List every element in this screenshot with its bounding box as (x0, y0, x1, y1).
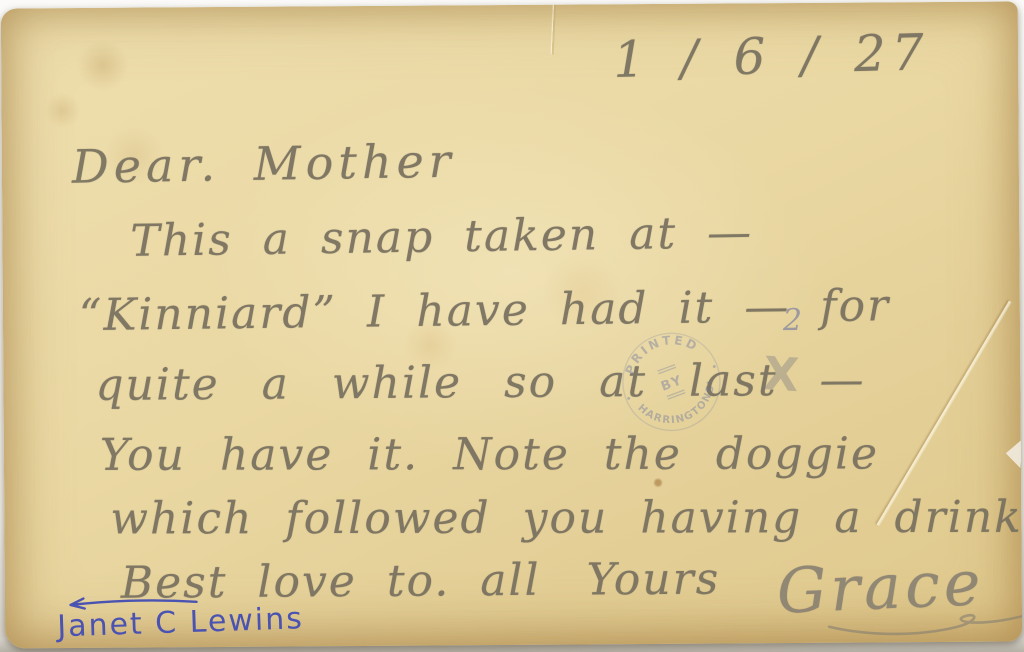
body-line-1: This a snap taken at — (130, 207, 753, 267)
faint-x-mark: X (762, 346, 801, 402)
body-line-3: quite a while so at last — (95, 355, 866, 411)
salutation: Dear. Mother (71, 134, 456, 194)
faint-number-mark: 2 (783, 303, 802, 338)
handwritten-date: 1 / 6 / 27 (612, 23, 930, 89)
annotation-janet-lewins: Janet C Lewins (56, 589, 304, 644)
stamp-dot-left: • (624, 393, 633, 404)
scan-background: 1 / 6 / 27 Dear. Mother This a snap take… (0, 0, 1024, 652)
paper-tear (1004, 437, 1022, 468)
body-line-4: You have it. Note the doggie (100, 428, 879, 480)
postcard-back: 1 / 6 / 27 Dear. Mother This a snap take… (1, 1, 1022, 648)
body-line-5: which followed you having a drink (110, 492, 1022, 545)
signature-flourish (825, 607, 1022, 642)
annotation-name: Janet C Lewins (57, 601, 305, 644)
body-line-2: “Kinniard” I have had it — for (79, 280, 891, 341)
closing-yours: Yours (586, 554, 720, 606)
paper-crease-top (552, 1, 556, 54)
